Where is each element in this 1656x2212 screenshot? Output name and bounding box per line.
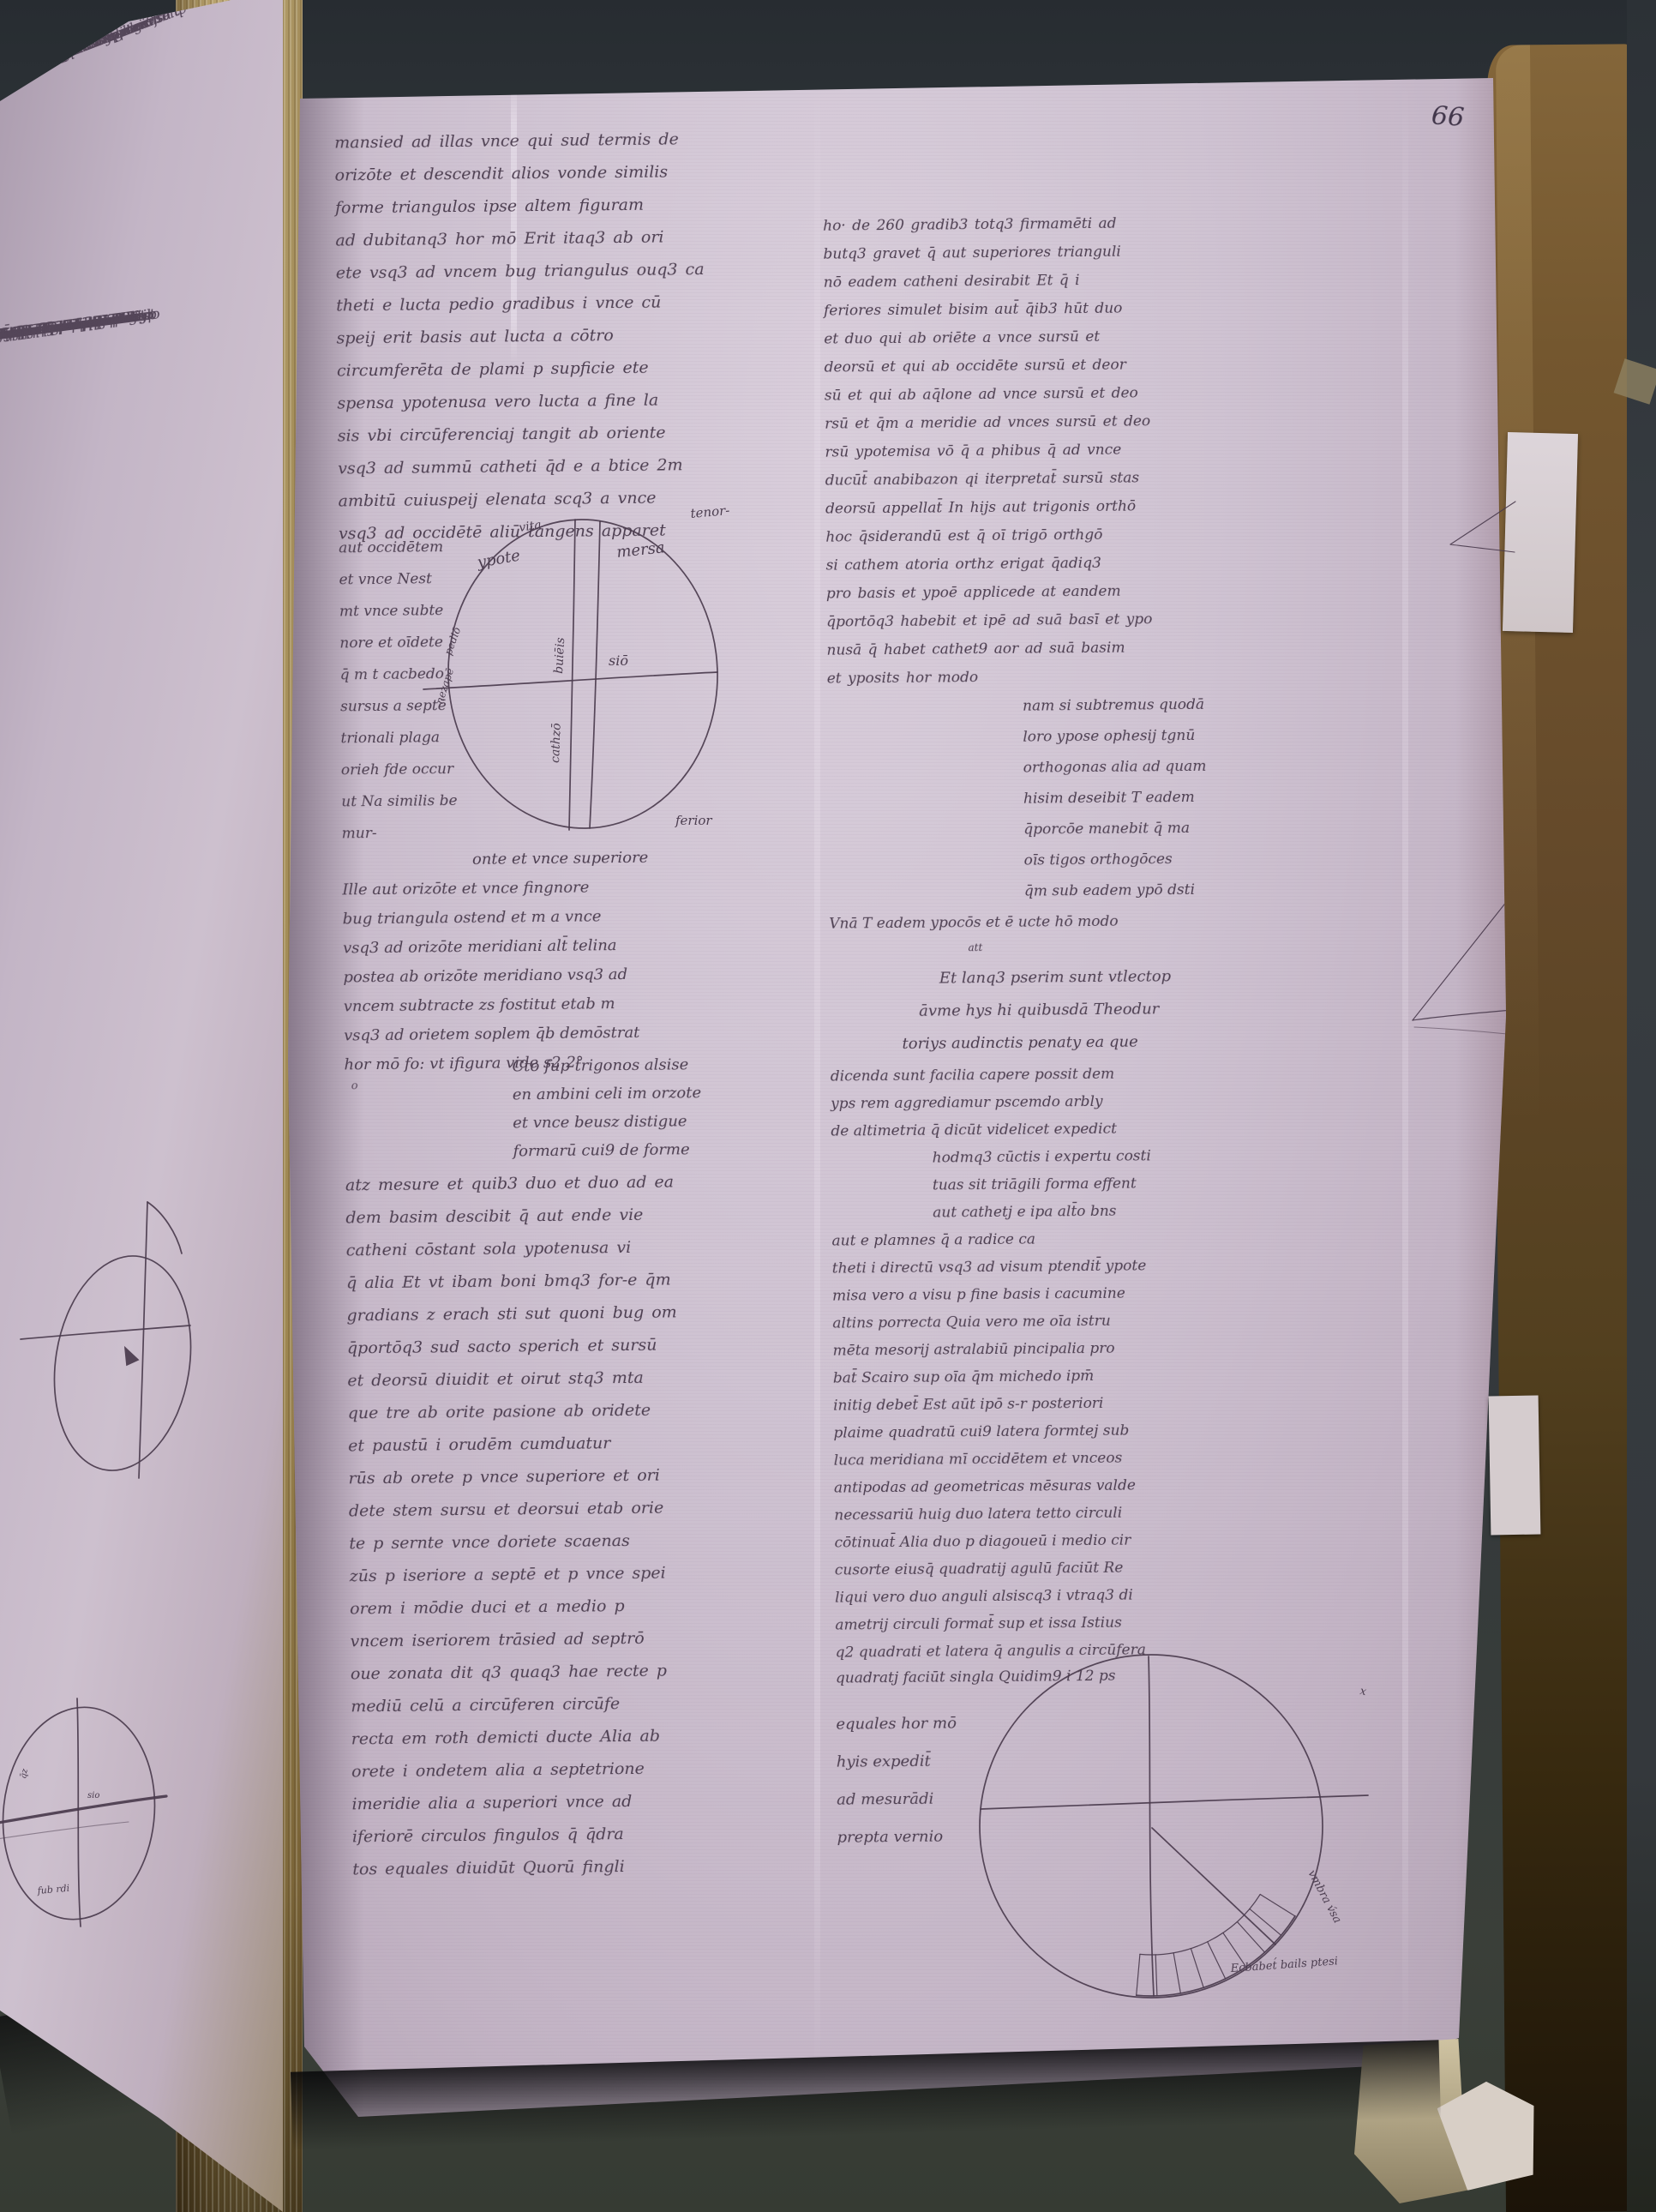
diagram-label: tenor- [690,502,730,521]
diagram-label: fub rdi [36,1883,70,1896]
manuscript-text-line: dem basim descibit q̄ aut ende vie [345,1198,676,1234]
left-page-circle-diagram-lower: q̄z sio fub rdi [0,1693,180,1976]
circle-diagram-sphere: vita ypote mersa siō buiēis cathzō pediō… [418,506,735,849]
manuscript-text-line: initig debet̄ Est aūt ipō s-r posteriori [833,1389,1153,1419]
column-right-short-lines: equales hor mōhyis expedit̄ad mesurādipr… [836,1704,957,1856]
diagram-label: x [1359,1685,1367,1698]
manuscript-text-line: dete stem sursu et deorsui etab orie [349,1491,680,1527]
manuscript-text-line: imeridie alia a superiori vnce ad [351,1784,682,1820]
column-right-transition-line: Vnā T eadem ypocōs et ē ucte hō modo [829,913,1119,933]
manuscript-text-line: q̄porcōe manebit q̄ ma [1023,813,1207,845]
manuscript-text-line: nusā q̄ habet cathet9 aor ad suā basim [826,634,1152,664]
manuscript-text-line: butq3 gravet q̄ aut superiores trianguli [823,237,1149,268]
manuscript-text-line: rūs ab orete p vnce superiore et ori [348,1458,679,1494]
manuscript-text-line: ho· de 260 gradib3 totq3 firmamēti ad [823,209,1149,240]
manuscript-text-line: orizōte et descendit alios vonde similis [334,155,703,191]
manuscript-text-line: ametrij circuli format̄ sup et issa Isti… [835,1608,1155,1638]
manuscript-text-line: bat̄ Scairo sup oīa q̄m michedo ipm̄ [833,1361,1153,1392]
diagram-label: ypote [475,546,521,572]
manuscript-text-line: recta em roth demicti ducte Alia ab [351,1719,682,1755]
diagram-label: Ecbabet́ bails ptesi [1229,1952,1338,1975]
manuscript-text-line: feriores simulet bisim aut̄ q̄ib3 hūt du… [824,294,1149,325]
manuscript-text-line: deorsū appellat̄ In hijs aut trigonis or… [825,492,1151,523]
manuscript-text-line: Ille aut orizōte et vnce fingnore [342,873,649,905]
manuscript-text-line: oue zonata dit q3 quaq3 hae recte p [351,1654,681,1690]
manuscript-text-line: lar vni supiore q̄ spat [0,298,123,363]
column-left-block-b: onte et vnce superioreIlle aut orizōte e… [342,844,651,1080]
manuscript-text-line: rsū ypotemisa vō q̄ a phibus q̄ ad vnce [825,436,1150,466]
margin-mark: o [351,1079,358,1092]
manuscript-text-line: rsū et q̄m a meridie ad vnces sursū et d… [825,407,1150,438]
manuscript-text-line: mēta mesorij astralabiū pincipalia pro [832,1334,1152,1364]
manuscript-text-line: āvme hys hi quibusdā Theodur [919,993,1172,1028]
diagram-label: sio [87,1791,99,1800]
folio-number: 66 [1431,101,1466,134]
text-column-right: ho· de 260 gradib3 totq3 firmamēti adbut… [823,207,1351,212]
manuscript-text-line: antipodas ad geometricas mēsuras valde [834,1471,1154,1501]
diagram-label: vita [518,518,542,535]
manuscript-text-line: hodmq3 cūctis i expertu costi [933,1142,1151,1171]
manuscript-text-line: ducūt̄ anabibazon qi iterpretat̄ sursū s… [825,464,1151,495]
manuscript-text-line: Et lanq3 pserim sunt vtlectop [939,960,1172,995]
manuscript-text-line: forme triangulos ipse altem figuram [335,188,704,224]
manuscript-text-line: orthogonas alia ad quam [1023,751,1207,784]
manuscript-text-line: postea ab orizōte meridiano vsq3 ad [343,960,650,993]
column-right-block-a: ho· de 260 gradib3 totq3 firmamēti adbut… [823,209,1153,693]
manuscript-text-line: ad mesurādi [837,1780,957,1818]
manuscript-text-line: prepta vernio [837,1818,957,1856]
manuscript-text-line: theti e lucta pedio gradibus i vnce cū [336,286,705,322]
diagram-label: pediō [442,626,464,657]
manuscript-text-line: hoc q̄siderandū est q̄ oī trigō orthgō [825,520,1151,551]
manuscript-text-line: en ambini celi im orzote [513,1079,702,1109]
manuscript-text-line: mansied ad illas vnce qui sud termis de [334,123,703,159]
manuscript-text-line: equales hor mō [836,1704,957,1743]
column-left-heading-block: Cto fup trigonos alsiseen ambini celi im… [512,1050,702,1165]
manuscript-text-line: luca meridiana mī occidētem et vnceos [834,1444,1154,1474]
left-page: basim et arcus q̄ moey hyr Gradualiter g… [0,0,283,2212]
manuscript-text-line: sū et qui ab aq̄lone ad vnce sursū et de… [825,379,1150,410]
manuscript-text-line: toriys audinctis penaty ea que [902,1025,1172,1061]
diagram-label: siō [609,652,628,669]
manuscript-text-line: circumferēta de plami p supficie ete [337,351,705,387]
paper-crease [1402,80,1408,2052]
manuscript-text-line: hisim deseibit T eadem [1023,782,1207,814]
background-right [1627,0,1656,2212]
manuscript-text-line: spensa ypotenusa vero lucta a fine la [337,383,705,419]
manuscript-text-line: nam si subtremus quodā [1023,689,1206,722]
manuscript-text-line: loro ypose ophesij tgnū [1023,720,1206,753]
manuscript-text-line: que tre ab orite pasione ab oridete [348,1393,679,1429]
manuscript-text-line: q̄portōq3 habebit et ipē ad suā basī et … [826,605,1152,636]
column-left-block-a: mansied ad illas vnce qui sud termis deo… [334,123,707,550]
manuscript-text-line: et paustū i orudēm cumduatur [348,1426,679,1462]
diagram-label: nezapē [434,667,457,706]
manuscript-text-line: orem i mōdie duci et a medio p [350,1589,681,1625]
manuscript-text-line: q̄m sub eadem ypō dsti [1024,875,1208,907]
manuscript-text-line: q̄portōq3 sud sacto sperich et sursū [347,1328,678,1364]
manuscript-text-line: gradians z erach sti sut quoni bug om [346,1295,677,1331]
manuscript-text-line: altins porrecta Quia vero me oīa istru [832,1307,1152,1337]
manuscript-text-line: vncem iseriorem trāsied ad septrō [350,1621,681,1657]
manuscript-text-line: oīs tigos orthogōces [1023,844,1207,876]
column-right-block-b: dicenda sunt facilia capere possit demyp… [831,1060,1155,1666]
manuscript-text-line: de altimetria q̄ dicūt videlicet expedic… [831,1115,1150,1145]
manuscript-text-line: aut e plamnes q̄ a radice ca [831,1224,1151,1254]
manuscript-text-line: yps rem aggrediamur pscemdo arbly [831,1087,1150,1117]
manuscript-text-line: liqui vero duo anguli alsiscq3 i vtraq3 … [835,1581,1155,1611]
diagram-label: buiēis [552,637,567,674]
manuscript-text-line: mediū celū a circūferen circūfe [351,1686,681,1722]
manuscript-text-line: vsq3 ad orizōte meridiani alt̄ telina [343,931,650,964]
right-page: 66 mansied ad illas vnce qui sud termis … [283,73,1509,2131]
manuscript-text-line: catheni cōstant sola ypotenusa vi [346,1230,677,1266]
paper-crease [814,83,820,2081]
manuscript-text-line: vsq3 ad orietem soplem q̄b demōstrat [344,1019,651,1051]
diagram-label: ferior [675,813,712,828]
manuscript-text-line: atz mesure et quib3 duo et duo ad ea [345,1165,676,1201]
manuscript-text-line: ete vsq3 ad vncem bug triangulus ouq3 ca [336,253,705,289]
manuscript-text-line: necessariū huig duo latera tetto circuli [834,1499,1154,1529]
manuscript-text-line: sis vbi circūferenciaj tangit ab oriente [338,416,706,452]
manuscript-text-line: ad dubitanq3 hor mō Erit itaq3 ab ori [335,220,704,256]
manuscript-text-line: Cto fup trigonos alsise [512,1050,701,1080]
manuscript-text-line: pro basis et ypoē applicede at eandem [826,577,1152,608]
text-column-left: mansied ad illas vnce qui sud termis deo… [334,123,741,127]
manuscript-text-line: dicenda sunt facilia capere possit dem [831,1060,1150,1090]
manuscript-text-line: cusorte eiusq̄ quadratij agulū faciūt Re [835,1554,1155,1584]
manuscript-text-line: cōtinuat̄ Alia duo p diagoueū i medio ci… [834,1526,1154,1556]
manuscript-text-line: si cathem atoria orthz erigat q̄adiq3 [825,549,1151,580]
manuscript-text-line: ad ambigit triangulos h [2,0,169,96]
manuscript-photo: basim et arcus q̄ moey hyr Gradualiter g… [0,0,1656,2212]
manuscript-text-line: orete i ondetem alia a septetrione [351,1752,682,1788]
diagram-label: q̄z [19,1767,30,1779]
manuscript-text-line: hyis expedit̄ [837,1742,957,1781]
manuscript-text-line: deorsū et qui ab occidēte sursū et deor [824,351,1149,382]
left-page-circle-diagram-upper [17,1192,223,1500]
manuscript-text-line: et duo qui ab oriēte a vnce sursū et [824,322,1149,353]
diagram-label: cathzō [549,723,564,763]
diagram-label: vmbra v́sa [1305,1868,1343,1926]
manuscript-text-line: et vnce beusz distigue [513,1107,702,1137]
slip-triangle-figure [1436,484,1530,566]
column-right-small-mark: att [968,941,982,953]
repair-slip-lower [1489,1396,1541,1536]
column-right-centered-lines: Et lanq3 pserim sunt vtlectopāvme hys hi… [830,960,1172,1061]
manuscript-text-line: cilio artificio adoptaio se q̄ [2,0,189,96]
manuscript-text-line: vncem subtracte zs fostitut etab m [344,989,651,1022]
manuscript-text-line: nō eadem catheni desirabit Et q̄ i [824,266,1149,297]
diagram-label: mersa [615,538,665,562]
manuscript-text-line: bug triangula ostend et m a vnce [343,902,650,935]
manuscript-text-line: formarū cui9 de forme [513,1135,702,1165]
column-right-indent-block: nam si subtremus quodāloro ypose ophesij… [1023,689,1208,907]
manuscript-text-line: et yposits hor modo [827,662,1153,693]
manuscript-text-line: vsq3 ad summū catheti q̄d e a btice 2m [338,448,706,484]
column-left-block-c: atz mesure et quib3 duo et duo ad eadem … [345,1165,683,1885]
manuscript-text-line: misa vero a visu p fine basis i cacumine [832,1279,1152,1309]
manuscript-text-line: theti i directū vsq3 ad visum ptendit̄ y… [832,1252,1152,1282]
circle-diagram-quadrant: vmbra v́sa Ecbabet́ bails ptesi x [958,1644,1387,2022]
manuscript-text-line: tuas sit triāgili forma effent [933,1169,1151,1199]
manuscript-text-line: q̄ alia Et vt ibam boni bmq3 for-e q̄m [346,1263,677,1299]
manuscript-text-line: iferiorē circulos fingulos q̄ q̄dra [352,1817,683,1853]
manuscript-text-line: zūs p iseriore a septē et p vnce spei [350,1556,681,1592]
manuscript-text-line: plaime quadratū cui9 latera formtej sub [833,1416,1153,1446]
manuscript-text-line: tos equales diuidūt Quorū fingli [352,1849,683,1885]
manuscript-text-line: speij erit basis aut lucta a cōtro [336,318,705,354]
manuscript-text-line: aut cathetj e ipa alt̄o bns [933,1197,1151,1226]
manuscript-text-line: te p sernte vnce doriete scaenas [349,1524,680,1560]
left-page-text-main: spend solet mesurando gpes emq3 vltia ro… [0,286,202,317]
manuscript-text-line: et deorsū diuidit et oirut stq3 mta [347,1361,678,1397]
